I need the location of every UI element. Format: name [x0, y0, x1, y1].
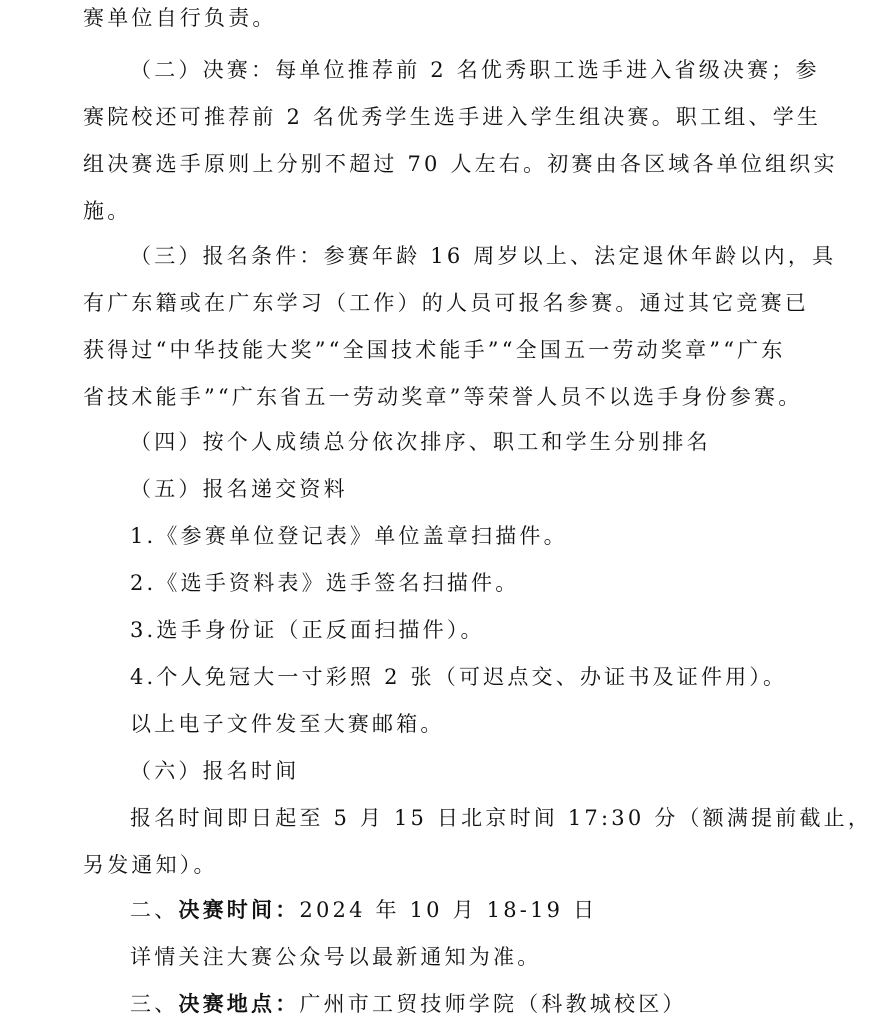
list-item: 2.《选手资料表》选手签名扫描件。: [130, 568, 519, 598]
subsection-heading: （四）按个人成绩总分依次排序、职工和学生分别排名: [130, 427, 711, 457]
section-value: 广州市工贸技师学院（科教城校区）: [299, 992, 686, 1016]
section-final-time: 二、决赛时间：2024 年 10 月 18-19 日: [130, 895, 597, 925]
text-line: 获得过“中华技能大奖”“全国技术能手”“全国五一劳动奖章”“广东: [83, 335, 786, 365]
list-item: 1.《参赛单位登记表》单位盖章扫描件。: [130, 521, 568, 551]
text-line: （二）决赛：每单位推荐前 2 名优秀职工选手进入省级决赛；参: [130, 55, 820, 85]
section-final-location: 三、决赛地点：广州市工贸技师学院（科教城校区）: [130, 989, 687, 1019]
section-number: 二、: [130, 898, 178, 922]
text-line: 省技术能手”“广东省五一劳动奖章”等荣誉人员不以选手身份参赛。: [83, 382, 802, 412]
list-item: 4.个人免冠大一寸彩照 2 张（可迟点交、办证书及证件用）。: [130, 662, 787, 692]
text-line: 赛单位自行负责。: [83, 3, 277, 33]
text-line: 有广东籍或在广东学习（工作）的人员可报名参赛。通过其它竞赛已: [83, 288, 809, 318]
section-label: 决赛地点：: [178, 991, 299, 1016]
text-line: 报名时间即日起至 5 月 15 日北京时间 17:30 分（额满提前截止，: [130, 803, 872, 833]
section-value: 2024 年 10 月 18-19 日: [299, 898, 597, 922]
text-line: （三）报名条件：参赛年龄 16 周岁以上、法定退休年龄以内，具: [130, 241, 836, 271]
text-line: 以上电子文件发至大赛邮箱。: [130, 709, 445, 739]
text-line: 组决赛选手原则上分别不超过 70 人左右。初赛由各区域各单位组织实: [83, 149, 838, 179]
text-line: 另发通知）。: [83, 850, 218, 880]
section-label: 决赛时间：: [178, 897, 299, 922]
subsection-heading: （五）报名递交资料: [130, 474, 348, 504]
document-page: 赛单位自行负责。 （二）决赛：每单位推荐前 2 名优秀职工选手进入省级决赛；参 …: [0, 0, 892, 1024]
text-line: 赛院校还可推荐前 2 名优秀学生选手进入学生组决赛。职工组、学生: [83, 102, 821, 132]
subsection-heading: （六）报名时间: [130, 756, 299, 786]
section-number: 三、: [130, 992, 178, 1016]
list-item: 3.选手身份证（正反面扫描件）。: [130, 615, 485, 645]
text-line: 施。: [83, 196, 131, 226]
text-line: 详情关注大赛公众号以最新通知为准。: [130, 942, 541, 972]
